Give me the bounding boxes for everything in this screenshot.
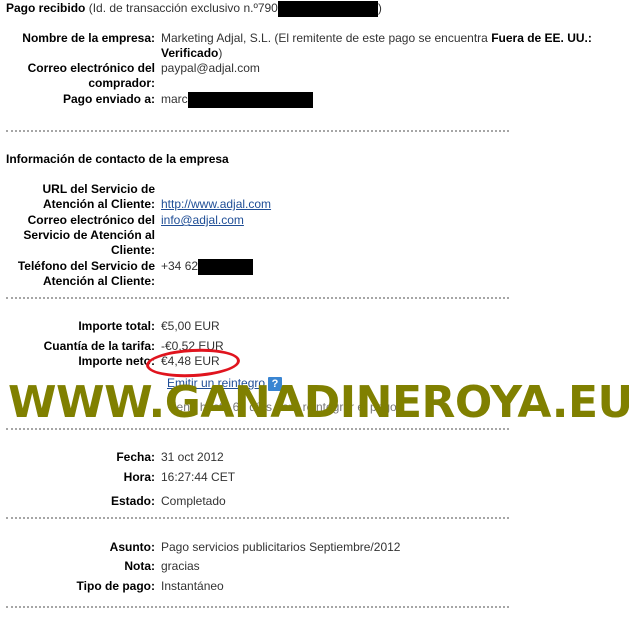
- transaction-id-label: (Id. de transacción exclusivo n.º790: [89, 1, 278, 15]
- date-value: 31 oct 2012: [161, 450, 224, 465]
- total-amount-value: €5,00 EUR: [161, 319, 220, 334]
- subject-value: Pago servicios publicitarios Septiembre/…: [161, 540, 400, 555]
- support-phone-value: +34 62: [161, 259, 198, 273]
- redaction-block: [188, 92, 313, 108]
- support-email-row: Correo electrónico del Servicio de Atenc…: [0, 213, 244, 258]
- time-value: 16:27:44 CET: [161, 470, 235, 485]
- watermark-text: WWW.GANADINEROYA.EU: [8, 378, 629, 428]
- time-row: Hora: 16:27:44 CET: [0, 470, 235, 485]
- status-value: Completado: [161, 494, 226, 509]
- payment-type-row: Tipo de pago: Instantáneo: [0, 579, 224, 594]
- support-phone-row: Teléfono del Servicio de Atención al Cli…: [0, 259, 253, 289]
- contact-section-title: Información de contacto de la empresa: [6, 152, 229, 166]
- buyer-email-value: paypal@adjal.com: [161, 61, 260, 91]
- section-divider: [6, 606, 509, 608]
- section-divider: [6, 130, 509, 132]
- redaction-block: [198, 259, 253, 275]
- subject-row: Asunto: Pago servicios publicitarios Sep…: [0, 540, 400, 555]
- company-name-value: Marketing Adjal, S.L. (El remitente de e…: [161, 31, 491, 45]
- page-title: Pago recibido: [6, 1, 85, 15]
- date-row: Fecha: 31 oct 2012: [0, 450, 224, 465]
- note-value: gracias: [161, 559, 200, 574]
- sent-to-value: marc: [161, 92, 188, 106]
- section-divider: [6, 297, 509, 299]
- total-amount-row: Importe total: €5,00 EUR: [0, 319, 220, 334]
- section-divider: [6, 517, 509, 519]
- note-row: Nota: gracias: [0, 559, 200, 574]
- payment-type-value: Instantáneo: [161, 579, 224, 594]
- buyer-email-row: Correo electrónico del comprador: paypal…: [0, 61, 260, 91]
- support-email-link[interactable]: info@adjal.com: [161, 213, 244, 227]
- section-divider: [6, 428, 509, 430]
- status-row: Estado: Completado: [0, 494, 226, 509]
- redaction-block: [278, 1, 378, 17]
- support-url-link[interactable]: http://www.adjal.com: [161, 197, 271, 211]
- support-url-row: URL del Servicio de Atención al Cliente:…: [0, 182, 271, 212]
- page-header: Pago recibido (Id. de transacción exclus…: [6, 1, 382, 17]
- company-name-row: Nombre de la empresa: Marketing Adjal, S…: [0, 31, 621, 61]
- sent-to-row: Pago enviado a: marc: [0, 92, 313, 108]
